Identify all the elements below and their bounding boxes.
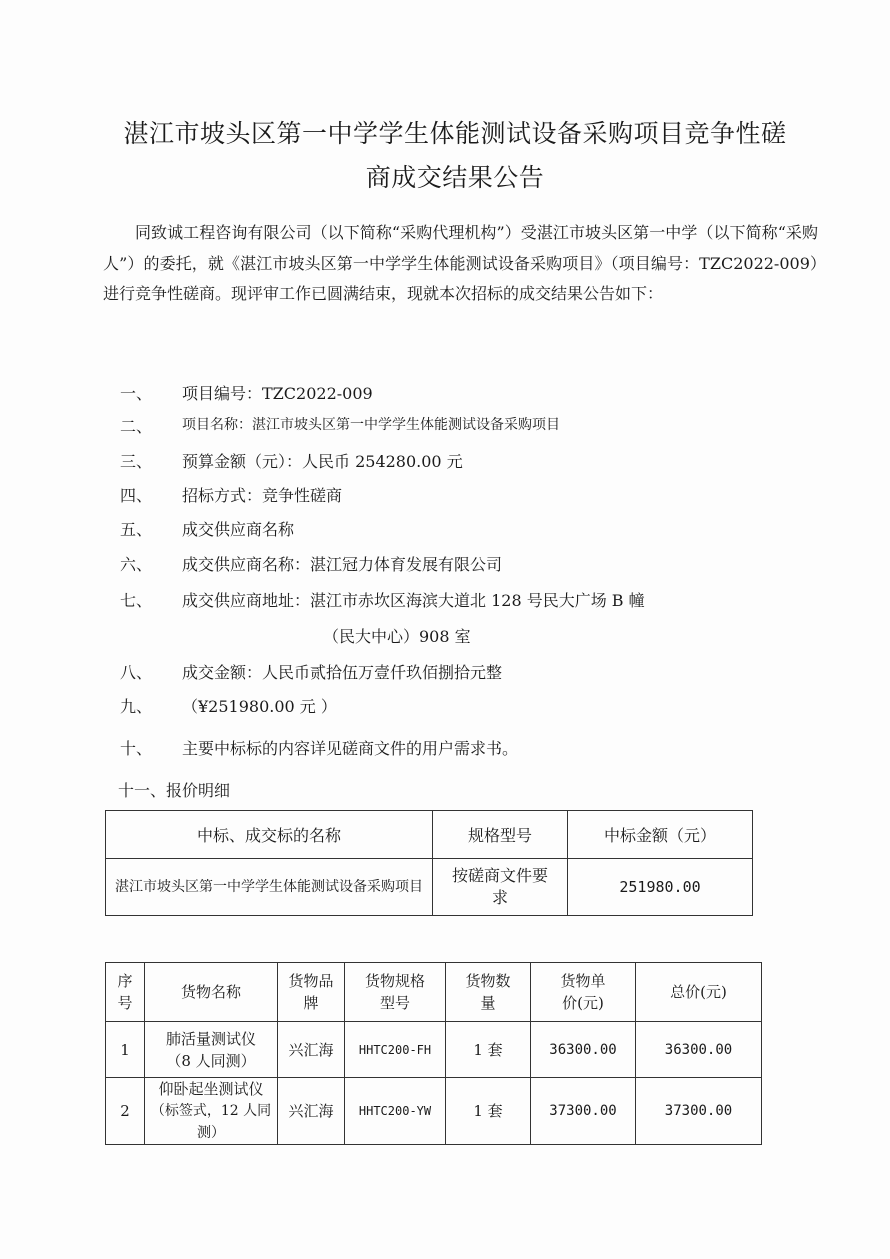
- item-text: （¥251980.00 元 ）: [182, 694, 337, 717]
- unit-price-cell: 36300.00: [531, 1022, 636, 1078]
- item-text: 成交供应商名称: [182, 517, 294, 540]
- header-cell: 货物品牌: [278, 963, 345, 1022]
- goods-name-note: （标签式，12 人同测）: [149, 1100, 273, 1144]
- model-cell: HHTC200-FH: [345, 1022, 446, 1078]
- item-text: 成交供应商名称：湛江冠力体育发展有限公司: [182, 552, 502, 575]
- item-number: 四、: [120, 483, 180, 506]
- header-cell: 总价(元): [636, 963, 762, 1022]
- intro-paragraph: 同致诚工程咨询有限公司（以下简称“采购代理机构”）受湛江市坡头区第一中学（以下简…: [103, 218, 818, 310]
- table-header-row: 中标、成交标的名称 规格型号 中标金额（元）: [106, 811, 753, 859]
- item-number: 八、: [120, 660, 180, 683]
- goods-name-cell: 仰卧起坐测试仪（标签式，12 人同测）: [145, 1078, 278, 1145]
- header-cell: 货物名称: [145, 963, 278, 1022]
- item-number: 二、: [120, 414, 180, 437]
- total-price-cell: 36300.00: [636, 1022, 762, 1078]
- item-text: 招标方式：竞争性磋商: [182, 483, 342, 506]
- quantity-cell: 1 套: [446, 1078, 531, 1145]
- header-cell: 中标金额（元）: [568, 811, 753, 859]
- item-text: 预算金额（元）：人民币 254280.00 元: [182, 449, 463, 472]
- row-number-cell: 1: [106, 1022, 145, 1078]
- item-text: 成交供应商地址：湛江市赤坎区海滨大道北 128 号民大广场 B 幢: [182, 588, 645, 611]
- item-number: 三、: [120, 449, 180, 472]
- header-cell: 货物数量: [446, 963, 531, 1022]
- table-row: 1 肺活量测试仪（8 人同测） 兴汇海 HHTC200-FH 1 套 36300…: [106, 1022, 762, 1078]
- header-cell: 货物规格型号: [345, 963, 446, 1022]
- spec-cell: 按磋商文件要求: [433, 859, 568, 916]
- item-number: 十、: [120, 736, 180, 759]
- title-line-1: 湛江市坡头区第一中学学生体能测试设备采购项目竞争性磋: [95, 112, 815, 156]
- goods-name: 肺活量测试仪: [149, 1028, 273, 1050]
- goods-name: 仰卧起坐测试仪: [149, 1078, 273, 1100]
- title-line-2: 商成交结果公告: [95, 156, 815, 200]
- amount-cell: 251980.00: [568, 859, 753, 916]
- total-price-cell: 37300.00: [636, 1078, 762, 1145]
- unit-price-cell: 37300.00: [531, 1078, 636, 1145]
- item-text: 成交金额：人民币贰拾伍万壹仟玖佰捌拾元整: [182, 660, 502, 683]
- section-quote-details: 十一、报价明细: [118, 778, 230, 801]
- model-cell: HHTC200-YW: [345, 1078, 446, 1145]
- header-cell: 规格型号: [433, 811, 568, 859]
- document-title: 湛江市坡头区第一中学学生体能测试设备采购项目竞争性磋 商成交结果公告: [95, 112, 815, 200]
- item-text: 主要中标标的内容详见磋商文件的用户需求书。: [182, 736, 518, 759]
- item-number: 六、: [120, 552, 180, 575]
- item-number: 七、: [120, 588, 180, 611]
- header-cell: 货物单价(元): [531, 963, 636, 1022]
- item-text: 项目编号：TZC2022-009: [182, 381, 373, 404]
- brand-cell: 兴汇海: [278, 1022, 345, 1078]
- item-number: 五、: [120, 517, 180, 540]
- row-number-cell: 2: [106, 1078, 145, 1145]
- goods-name-cell: 肺活量测试仪（8 人同测）: [145, 1022, 278, 1078]
- item-number: 九、: [120, 694, 180, 717]
- award-summary-table: 中标、成交标的名称 规格型号 中标金额（元） 湛江市坡头区第一中学学生体能测试设…: [105, 810, 753, 916]
- table-row: 湛江市坡头区第一中学学生体能测试设备采购项目 按磋商文件要求 251980.00: [106, 859, 753, 916]
- table-row: 2 仰卧起坐测试仪（标签式，12 人同测） 兴汇海 HHTC200-YW 1 套…: [106, 1078, 762, 1145]
- table-header-row: 序号 货物名称 货物品牌 货物规格型号 货物数量 货物单价(元) 总价(元): [106, 963, 762, 1022]
- project-name-cell: 湛江市坡头区第一中学学生体能测试设备采购项目: [106, 859, 433, 916]
- header-cell: 序号: [106, 963, 145, 1022]
- quantity-cell: 1 套: [446, 1022, 531, 1078]
- brand-cell: 兴汇海: [278, 1078, 345, 1145]
- item-number: 一、: [120, 381, 180, 404]
- item-text: 项目名称：湛江市坡头区第一中学学生体能测试设备采购项目: [182, 414, 560, 434]
- goods-detail-table: 序号 货物名称 货物品牌 货物规格型号 货物数量 货物单价(元) 总价(元) 1…: [105, 962, 762, 1145]
- header-cell: 中标、成交标的名称: [106, 811, 433, 859]
- item-7-continued: （民大中心）908 室: [323, 624, 471, 647]
- goods-name-note: （8 人同测）: [149, 1050, 273, 1072]
